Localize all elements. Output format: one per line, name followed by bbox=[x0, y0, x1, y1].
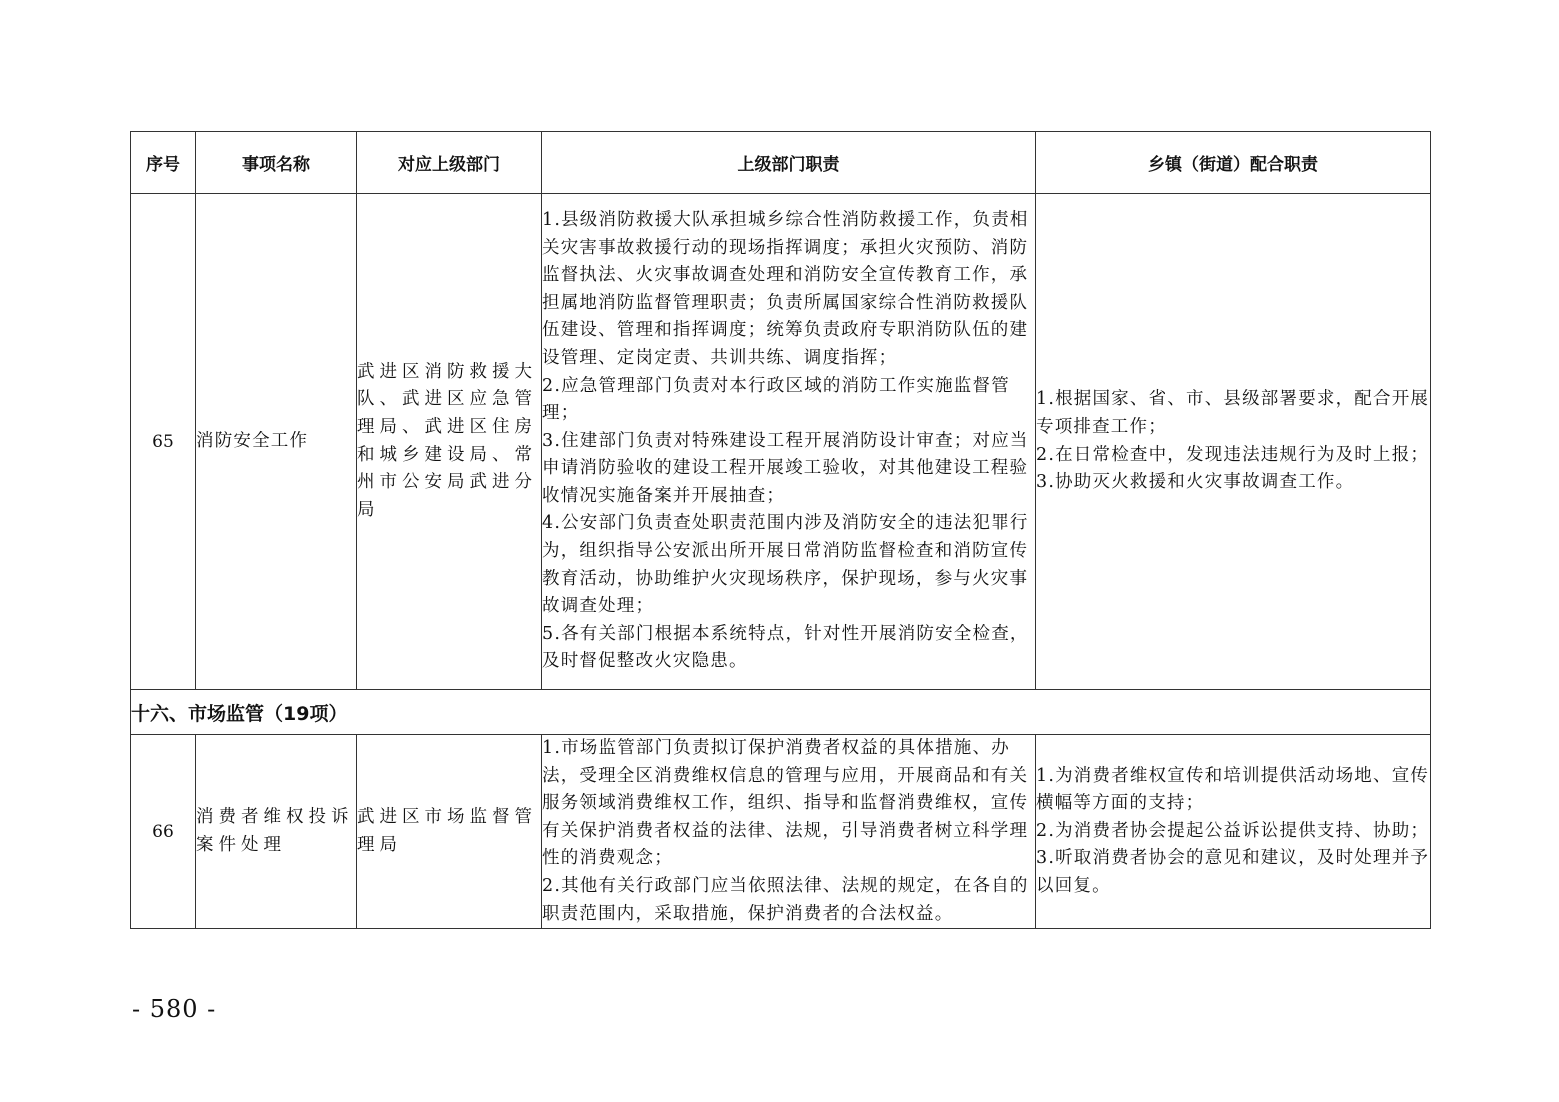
header-dept: 对应上级部门 bbox=[357, 132, 542, 194]
header-town-duties: 乡镇（街道）配合职责 bbox=[1036, 132, 1431, 194]
duty-item: 1.市场监管部门负责拟订保护消费者权益的具体措施、办法，受理全区消费维权信息的管… bbox=[542, 735, 1035, 873]
town-duty-item: 2.为消费者协会提起公益诉讼提供支持、协助； bbox=[1036, 818, 1430, 846]
town-duty-item: 3.听取消费者协会的意见和建议，及时处理并予以回复。 bbox=[1036, 845, 1430, 900]
row-number: 65 bbox=[131, 194, 196, 690]
town-duty-item: 1.为消费者维权宣传和培训提供活动场地、宣传横幅等方面的支持； bbox=[1036, 763, 1430, 818]
duties-cell: 1.市场监管部门负责拟订保护消费者权益的具体措施、办法，受理全区消费维权信息的管… bbox=[542, 735, 1036, 929]
table-row: 66 消费者维权投诉案件处理 武进区市场监督管理局 1.市场监管部门负责拟订保护… bbox=[131, 735, 1431, 929]
page-number: - 580 - bbox=[132, 995, 216, 1023]
header-item-name: 事项名称 bbox=[196, 132, 357, 194]
duty-item: 5.各有关部门根据本系统特点，针对性开展消防安全检查，及时督促整改火灾隐患。 bbox=[542, 621, 1035, 676]
town-duty-item: 2.在日常检查中，发现违法违规行为及时上报； bbox=[1036, 442, 1430, 470]
town-duties-cell: 1.根据国家、省、市、县级部署要求，配合开展专项排查工作； 2.在日常检查中，发… bbox=[1036, 194, 1431, 690]
duty-item: 4.公安部门负责查处职责范围内涉及消防安全的违法犯罪行为，组织指导公安派出所开展… bbox=[542, 510, 1035, 620]
item-name: 消防安全工作 bbox=[196, 194, 357, 690]
header-no: 序号 bbox=[131, 132, 196, 194]
item-name: 消费者维权投诉案件处理 bbox=[196, 735, 357, 929]
department: 武进区市场监督管理局 bbox=[357, 735, 542, 929]
responsibility-table: 序号 事项名称 对应上级部门 上级部门职责 乡镇（街道）配合职责 65 消防安全… bbox=[130, 131, 1431, 929]
row-number: 66 bbox=[131, 735, 196, 929]
section-title: 十六、市场监管（19项） bbox=[131, 690, 1431, 735]
table-header-row: 序号 事项名称 对应上级部门 上级部门职责 乡镇（街道）配合职责 bbox=[131, 132, 1431, 194]
town-duties-cell: 1.为消费者维权宣传和培训提供活动场地、宣传横幅等方面的支持； 2.为消费者协会… bbox=[1036, 735, 1431, 929]
duty-item: 2.其他有关行政部门应当依照法律、法规的规定，在各自的职责范围内，采取措施，保护… bbox=[542, 873, 1035, 928]
town-duty-item: 3.协助灭火救援和火灾事故调查工作。 bbox=[1036, 469, 1430, 497]
duty-item: 3.住建部门负责对特殊建设工程开展消防设计审查；对应当申请消防验收的建设工程开展… bbox=[542, 428, 1035, 511]
section-row: 十六、市场监管（19项） bbox=[131, 690, 1431, 735]
duties-cell: 1.县级消防救援大队承担城乡综合性消防救援工作，负责相关灾害事故救援行动的现场指… bbox=[542, 194, 1036, 690]
duty-item: 2.应急管理部门负责对本行政区域的消防工作实施监督管理； bbox=[542, 373, 1035, 428]
header-duties: 上级部门职责 bbox=[542, 132, 1036, 194]
town-duty-item: 1.根据国家、省、市、县级部署要求，配合开展专项排查工作； bbox=[1036, 386, 1430, 441]
department: 武进区消防救援大队、武进区应急管理局、武进区住房和城乡建设局、常州市公安局武进分… bbox=[357, 194, 542, 690]
duty-item: 1.县级消防救援大队承担城乡综合性消防救援工作，负责相关灾害事故救援行动的现场指… bbox=[542, 207, 1035, 373]
table-row: 65 消防安全工作 武进区消防救援大队、武进区应急管理局、武进区住房和城乡建设局… bbox=[131, 194, 1431, 690]
